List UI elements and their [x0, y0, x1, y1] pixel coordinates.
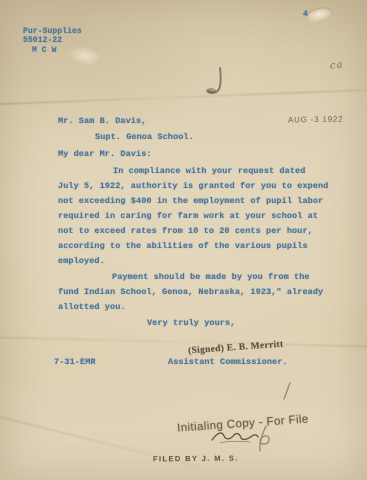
file-header-initials: M C W	[23, 46, 82, 55]
body-line: Payment should be made by you from the	[112, 272, 310, 282]
received-date-stamp: AUG -3 1922	[288, 115, 344, 125]
body-line: allotted you.	[58, 302, 126, 312]
letter-page: Pur-Supplies 55012-22 M C W 4 ca AUG -3 …	[0, 0, 367, 480]
body-line: not exceeding $400 in the employment of …	[58, 196, 323, 206]
body-line: required in caring for farm work at your…	[58, 211, 318, 221]
signature-title: Assistant Commissioner.	[168, 357, 288, 367]
file-header-line: Pur-Supplies	[23, 27, 82, 36]
salutation: My dear Mr. Davis:	[58, 149, 152, 159]
file-header: Pur-Supplies 55012-22 M C W	[23, 27, 82, 55]
file-header-line: 55012-22	[23, 36, 82, 45]
body-line: employed.	[58, 256, 105, 266]
pencil-loop-mark	[252, 424, 274, 454]
pencil-slash-mark	[281, 382, 293, 400]
recipient-name: Mr. Sam B. Davis,	[58, 116, 146, 126]
paper-crease	[0, 336, 367, 348]
body-line: In compliance with your request dated	[113, 166, 305, 176]
body-line: fund Indian School, Genoa, Nebraska, 192…	[58, 287, 323, 297]
pencil-note: ca	[329, 59, 344, 72]
body-line: July 5, 1922, authority is granted for y…	[58, 181, 328, 191]
page-number: 4	[303, 10, 308, 19]
body-line: not to exceed rates from 10 to 20 cents …	[58, 226, 313, 236]
pencil-hook-mark	[200, 66, 230, 100]
paper-crease	[0, 89, 367, 106]
filed-by-stamp: FILED BY J. M. S.	[153, 454, 239, 464]
closing: Very truly yours,	[147, 318, 235, 328]
reference-code: 7-31-EMR	[54, 357, 96, 367]
body-line: according to the abilities of the variou…	[58, 241, 308, 251]
recipient-title: Supt. Genoa School.	[95, 132, 194, 142]
signed-stamp: (Signed) E. B. Merritt	[188, 340, 284, 357]
paper-damage-spot	[305, 5, 333, 24]
